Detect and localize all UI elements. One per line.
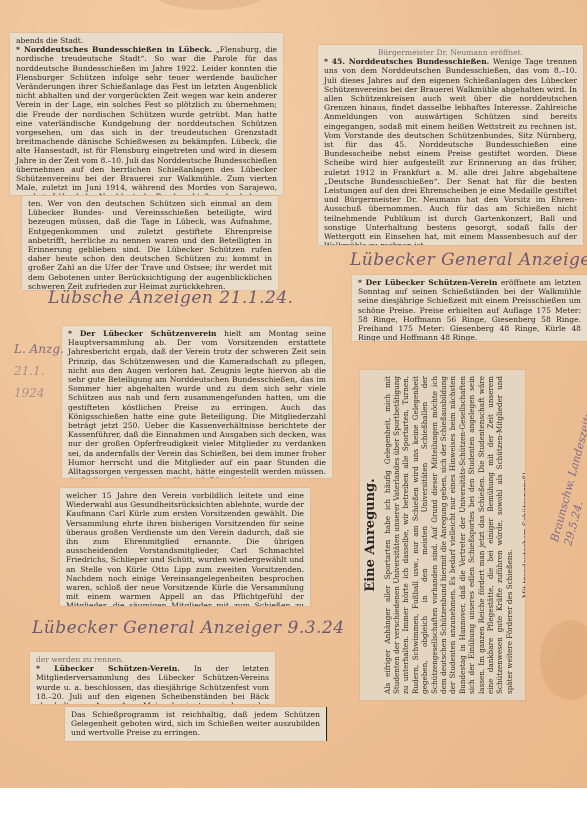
clipping-headline: * 45. Norddeutsches Bundesschießen. xyxy=(324,57,489,66)
clipping-body: hielt am Montag seine Hauptversammlung a… xyxy=(68,329,326,478)
pencil-margin-note: L. Anzg. 21.1. 1924 xyxy=(14,338,64,404)
paper-stain xyxy=(540,620,587,700)
clipping-45-norddeutsches-bundesschiessen: Bürgermeister Dr. Neumann eröffnet. * 45… xyxy=(318,45,583,245)
clipping-body: „Flensburg, die nordische treudeutsche S… xyxy=(16,45,277,195)
margin-note-line: L. Anzg. xyxy=(14,338,64,360)
clipping-schuetzenfest-beschluss: der werden zu rennen. * Lübecker Schütze… xyxy=(30,652,275,704)
clipping-vorstandswahl: welcher 15 Jahre den Verein vorbildlich … xyxy=(60,488,310,606)
clipping-lead: der werden zu rennen. xyxy=(36,655,269,664)
clipping-body: welcher 15 Jahre den Verein vorbildlich … xyxy=(66,491,304,606)
clipping-title: Eine Anregung. xyxy=(366,376,375,694)
pencil-margin-note: Braunschw. Landeszeitung 29.5.24. xyxy=(548,395,587,547)
clipping-headline: * Der Lübecker Schützen-Verein xyxy=(358,278,497,287)
clipping-body: ten. Wer von den deutschen Schützen sich… xyxy=(28,199,272,290)
handwritten-caption: Lübecker General Anzeiger 9.3.24 xyxy=(32,618,345,638)
clipping-body: Das Schießprogramm ist reichhaltig, daß … xyxy=(71,710,320,738)
clipping-norddeutsches-bundesschiessen-continued: ten. Wer von den deutschen Schützen sich… xyxy=(22,196,278,290)
clipping-greeting: Mit treudeutschem Schützengruß! xyxy=(521,376,525,694)
clipping-body: Als eifriger Anhänger aller Sportarten h… xyxy=(383,376,515,694)
margin-note-line: 21.1. xyxy=(14,360,64,382)
clipping-body: eröffnete am letzten Sonntag auf seinen … xyxy=(358,278,581,341)
clipping-schuetzen-verein-preisschiessen: * Der Lübecker Schützen-Verein eröffnete… xyxy=(352,275,587,341)
handwritten-caption: Lübecker General Anzeiger 22.5.29 xyxy=(350,250,587,270)
clipping-schiessprogramm: Das Schießprogramm ist reichhaltig, daß … xyxy=(65,707,327,741)
clipping-lead: abends die Stadt. xyxy=(16,36,277,45)
clipping-norddeutsches-bundesschiessen: abends die Stadt. * Norddeutsches Bundes… xyxy=(10,33,283,195)
scrapbook-page: abends die Stadt. * Norddeutsches Bundes… xyxy=(0,0,587,788)
margin-note-line: 1924 xyxy=(14,382,64,404)
clipping-body: Wenige Tage trennen uns von dem Norddeut… xyxy=(324,57,577,245)
clipping-hauptversammlung: * Der Lübecker Schützenverein hielt am M… xyxy=(62,326,332,478)
clipping-headline: * Lübecker Schützen-Verein. xyxy=(36,664,180,673)
clipping-headline: * Der Lübecker Schützenverein xyxy=(68,329,217,338)
clipping-lead: Bürgermeister Dr. Neumann eröffnet. xyxy=(324,48,577,57)
clipping-headline: * Norddeutsches Bundesschießen in Lübeck… xyxy=(16,45,212,54)
clipping-eine-anregung: Eine Anregung. Als eifriger Anhänger all… xyxy=(360,370,525,700)
paper-stain xyxy=(150,0,270,10)
handwritten-caption: Lübsche Anzeigen 21.1.24. xyxy=(48,288,294,308)
